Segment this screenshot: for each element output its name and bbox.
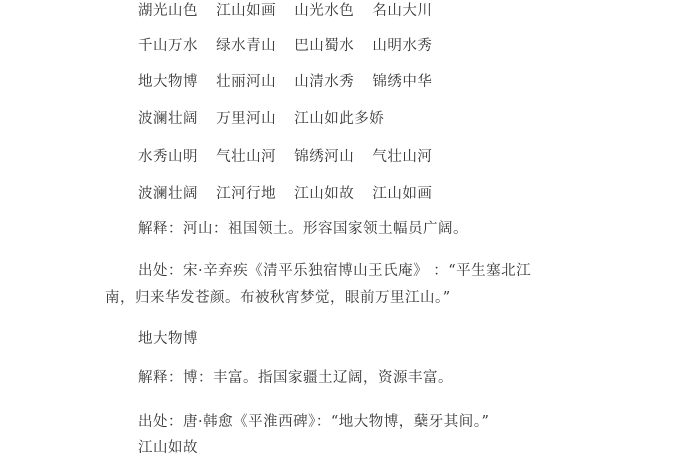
idiom: 万里河山 [216, 109, 276, 129]
idiom: 山明水秀 [372, 36, 432, 56]
idiom: 江山如此多娇 [294, 109, 384, 129]
idiom: 锦绣河山 [294, 147, 354, 167]
explanation-text: 解释：博：丰富。指国家疆土辽阔，资源丰富。 [138, 368, 453, 388]
idiom-heading: 地大物博 [138, 329, 198, 349]
source-text-continued: 南，归来华发苍颜。布被秋宵梦觉，眼前万里江山。” [105, 288, 451, 308]
source-text: 出处：宋·辛弃疾《清平乐独宿博山王氏庵》 ：“平生塞北江 [138, 261, 531, 281]
idiom: 波澜壮阔 [138, 109, 198, 129]
idiom: 波澜壮阔 [138, 184, 198, 204]
idiom: 名山大川 [372, 1, 432, 21]
idiom-row-6: 波澜壮阔 江河行地 江山如故 江山如画 [138, 184, 432, 204]
idiom: 绿水青山 [216, 36, 276, 56]
idiom: 水秀山明 [138, 147, 198, 167]
idiom-row-5: 水秀山明 气壮山河 锦绣河山 气壮山河 [138, 147, 432, 167]
idiom: 江山如画 [372, 184, 432, 204]
idiom: 湖光山色 [138, 1, 198, 21]
idiom: 气壮山河 [372, 147, 432, 167]
idiom-row-3: 地大物博 壮丽河山 山清水秀 锦绣中华 [138, 72, 432, 92]
idiom: 江河行地 [216, 184, 276, 204]
idiom: 地大物博 [138, 72, 198, 92]
idiom-row-4: 波澜壮阔 万里河山 江山如此多娇 [138, 109, 384, 129]
idiom-row-1: 湖光山色 江山如画 山光水色 名山大川 [138, 1, 432, 21]
idiom: 江山如画 [216, 1, 276, 21]
idiom: 巴山蜀水 [294, 36, 354, 56]
idiom: 江山如故 [294, 184, 354, 204]
idiom: 千山万水 [138, 36, 198, 56]
idiom: 山光水色 [294, 1, 354, 21]
source-text: 出处：唐·韩愈《平淮西碑》：“地大物博，蘖牙其间。” [138, 412, 489, 432]
explanation-text: 解释：河山：祖国领土。形容国家领土幅员广阔。 [138, 219, 468, 239]
idiom: 气壮山河 [216, 147, 276, 167]
idiom: 壮丽河山 [216, 72, 276, 92]
idiom: 锦绣中华 [372, 72, 432, 92]
idiom: 山清水秀 [294, 72, 354, 92]
idiom-heading: 江山如故 [138, 438, 198, 458]
idiom-row-2: 千山万水 绿水青山 巴山蜀水 山明水秀 [138, 36, 432, 56]
